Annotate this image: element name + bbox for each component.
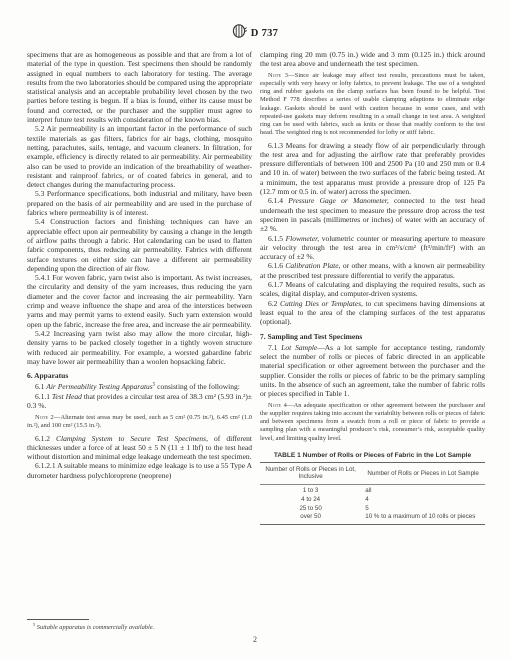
paragraph: 6.1.2.1 A suitable means to minimize edg… bbox=[27, 461, 252, 480]
document-page: D 737 specimens that are as homogeneous … bbox=[0, 0, 510, 660]
text-run: 7. Sampling and Test Specimens bbox=[260, 332, 362, 341]
text-run: 6.1.7 Means of calculating and displayin… bbox=[260, 280, 485, 298]
table-cell: 10 % to a maximum of 10 rolls or pieces bbox=[361, 513, 485, 525]
paragraph: 6.1.1 Test Head that provides a circular… bbox=[27, 392, 252, 411]
text-run: Clamping System to Secure Test Specimens… bbox=[56, 434, 208, 443]
paragraph: 6.1.4 Pressure Gage or Manometer, connec… bbox=[260, 196, 485, 233]
text-run: specimens that are as homogeneous as pos… bbox=[27, 50, 252, 124]
footnote: 5 Suitable apparatus is commercially ava… bbox=[27, 624, 252, 632]
paragraph: 5.2 Air permeability is an important fac… bbox=[27, 124, 252, 189]
paragraph: 6.1.6 Calibration Plate, or other means,… bbox=[260, 261, 485, 280]
paragraph: 6.1.2 Clamping System to Secure Test Spe… bbox=[27, 434, 252, 462]
text-run: An adequate specification or other agree… bbox=[260, 402, 485, 442]
text-run: clamping ring 20 mm (0.75 in.) wide and … bbox=[260, 50, 485, 68]
text-run: 7.1 bbox=[268, 343, 281, 352]
page-header: D 737 bbox=[0, 24, 510, 43]
paragraph: 6.1.3 Means for drawing a steady flow of… bbox=[260, 141, 485, 197]
column-header: Number of Rolls or Pieces in Lot, Inclus… bbox=[260, 463, 361, 485]
table-cell: over 50 bbox=[260, 513, 361, 525]
text-run: 6.1.4 bbox=[268, 196, 288, 205]
text-run: 6.1.1 bbox=[35, 392, 52, 401]
left-column: specimens that are as homogeneous as pos… bbox=[27, 50, 252, 632]
text-run: Flowmeter, bbox=[286, 234, 320, 243]
table-cell: 5 bbox=[361, 504, 485, 513]
text-run: Note 2— bbox=[35, 414, 60, 421]
text-run: 6.1.6 bbox=[268, 261, 285, 270]
doc-code: D 737 bbox=[251, 28, 278, 39]
footnote-area: 5 Suitable apparatus is commercially ava… bbox=[27, 613, 252, 632]
column-header: Number of Rolls or Pieces in Lot Sample bbox=[361, 463, 485, 485]
section-heading: 7. Sampling and Test Specimens bbox=[260, 332, 485, 341]
text-run: Since air leakage may affect test result… bbox=[260, 72, 485, 136]
paragraph: specimens that are as homogeneous as pos… bbox=[27, 50, 252, 124]
table-cell: all bbox=[361, 484, 485, 495]
note-paragraph: Note 4—An adequate specification or othe… bbox=[260, 402, 485, 443]
table-cell: 4 to 24 bbox=[260, 495, 361, 504]
astm-logo-icon bbox=[232, 24, 247, 43]
text-run: Note 4— bbox=[268, 402, 294, 409]
text-run: 5.4.1 For woven fabric, yarn twist also … bbox=[27, 273, 252, 328]
page-number: 2 bbox=[0, 635, 510, 644]
text-run: 5.3 Performance specifications, both ind… bbox=[27, 189, 252, 217]
table-1: TABLE 1 Number of Rolls or Pieces of Fab… bbox=[260, 452, 485, 525]
text-run: Lot Sample bbox=[281, 343, 317, 352]
table-cell: 25 to 50 bbox=[260, 504, 361, 513]
text-run: 6.1 bbox=[35, 382, 46, 391]
note-paragraph: Note 3—Since air leakage may affect test… bbox=[260, 72, 485, 137]
text-run: 5.4 Construction factors and finishing t… bbox=[27, 217, 252, 272]
text-run: 6. Apparatus bbox=[27, 371, 68, 380]
table-cell: 1 to 3 bbox=[260, 484, 361, 495]
paragraph: 5.4.2 Increasing yarn twist also may all… bbox=[27, 329, 252, 366]
text-run: Note 3— bbox=[268, 72, 295, 79]
text-run: 5.4.2 Increasing yarn twist also may all… bbox=[27, 329, 252, 366]
note-paragraph: Note 2—Alternate test areas may be used,… bbox=[27, 414, 252, 430]
lot-sample-table: Number of Rolls or Pieces in Lot, Inclus… bbox=[260, 462, 485, 525]
footnote-rule bbox=[27, 619, 89, 620]
text-run: 5.2 Air permeability is an important fac… bbox=[27, 124, 252, 189]
text-run: 6.1.2 bbox=[35, 434, 56, 443]
text-run: 6.1.3 Means for drawing a steady flow of… bbox=[260, 141, 485, 196]
table-row: 25 to 505 bbox=[260, 504, 485, 513]
two-column-body: specimens that are as homogeneous as pos… bbox=[27, 50, 486, 632]
text-run: Pressure Gage or Manometer, bbox=[288, 196, 388, 205]
paragraph: 7.1 Lot Sample—As a lot sample for accep… bbox=[260, 343, 485, 399]
section-heading: 6. Apparatus bbox=[27, 371, 252, 380]
text-run: Air Permeability Testing Apparatus bbox=[46, 382, 152, 391]
text-run: consisting of the following: bbox=[155, 382, 240, 391]
table-row: 1 to 3all bbox=[260, 484, 485, 495]
table-title: TABLE 1 Number of Rolls or Pieces of Fab… bbox=[260, 452, 485, 460]
table-cell: 4 bbox=[361, 495, 485, 504]
paragraph: 5.3 Performance specifications, both ind… bbox=[27, 189, 252, 217]
text-run: 6.1.2.1 A suitable means to minimize edg… bbox=[27, 461, 252, 479]
paragraph: 5.4.1 For woven fabric, yarn twist also … bbox=[27, 273, 252, 329]
text-run: 6.1.5 bbox=[268, 234, 286, 243]
paragraph: clamping ring 20 mm (0.75 in.) wide and … bbox=[260, 50, 485, 69]
text-run: Suitable apparatus is commercially avail… bbox=[35, 624, 154, 631]
text-run: —As a lot sample for acceptance testing,… bbox=[260, 343, 485, 398]
paragraph: 6.1 Air Permeability Testing Apparatus5 … bbox=[27, 382, 252, 391]
paragraph: 6.2 Cutting Dies or Templates, to cut sp… bbox=[260, 299, 485, 327]
paragraph: 6.1.7 Means of calculating and displayin… bbox=[260, 280, 485, 299]
text-run: Calibration Plate, bbox=[285, 261, 340, 270]
text-run: Cutting Dies or Templates, bbox=[280, 299, 363, 308]
paragraph: 6.1.5 Flowmeter, volumetric counter or m… bbox=[260, 234, 485, 262]
text-run: 6.2 bbox=[268, 299, 280, 308]
text-run: Alternate test areas may be used, such a… bbox=[27, 414, 252, 429]
paragraph: 5.4 Construction factors and finishing t… bbox=[27, 217, 252, 273]
table-row: over 5010 % to a maximum of 10 rolls or … bbox=[260, 513, 485, 525]
table-row: 4 to 244 bbox=[260, 495, 485, 504]
right-column: clamping ring 20 mm (0.75 in.) wide and … bbox=[260, 50, 485, 632]
text-run: Test Head bbox=[52, 392, 82, 401]
